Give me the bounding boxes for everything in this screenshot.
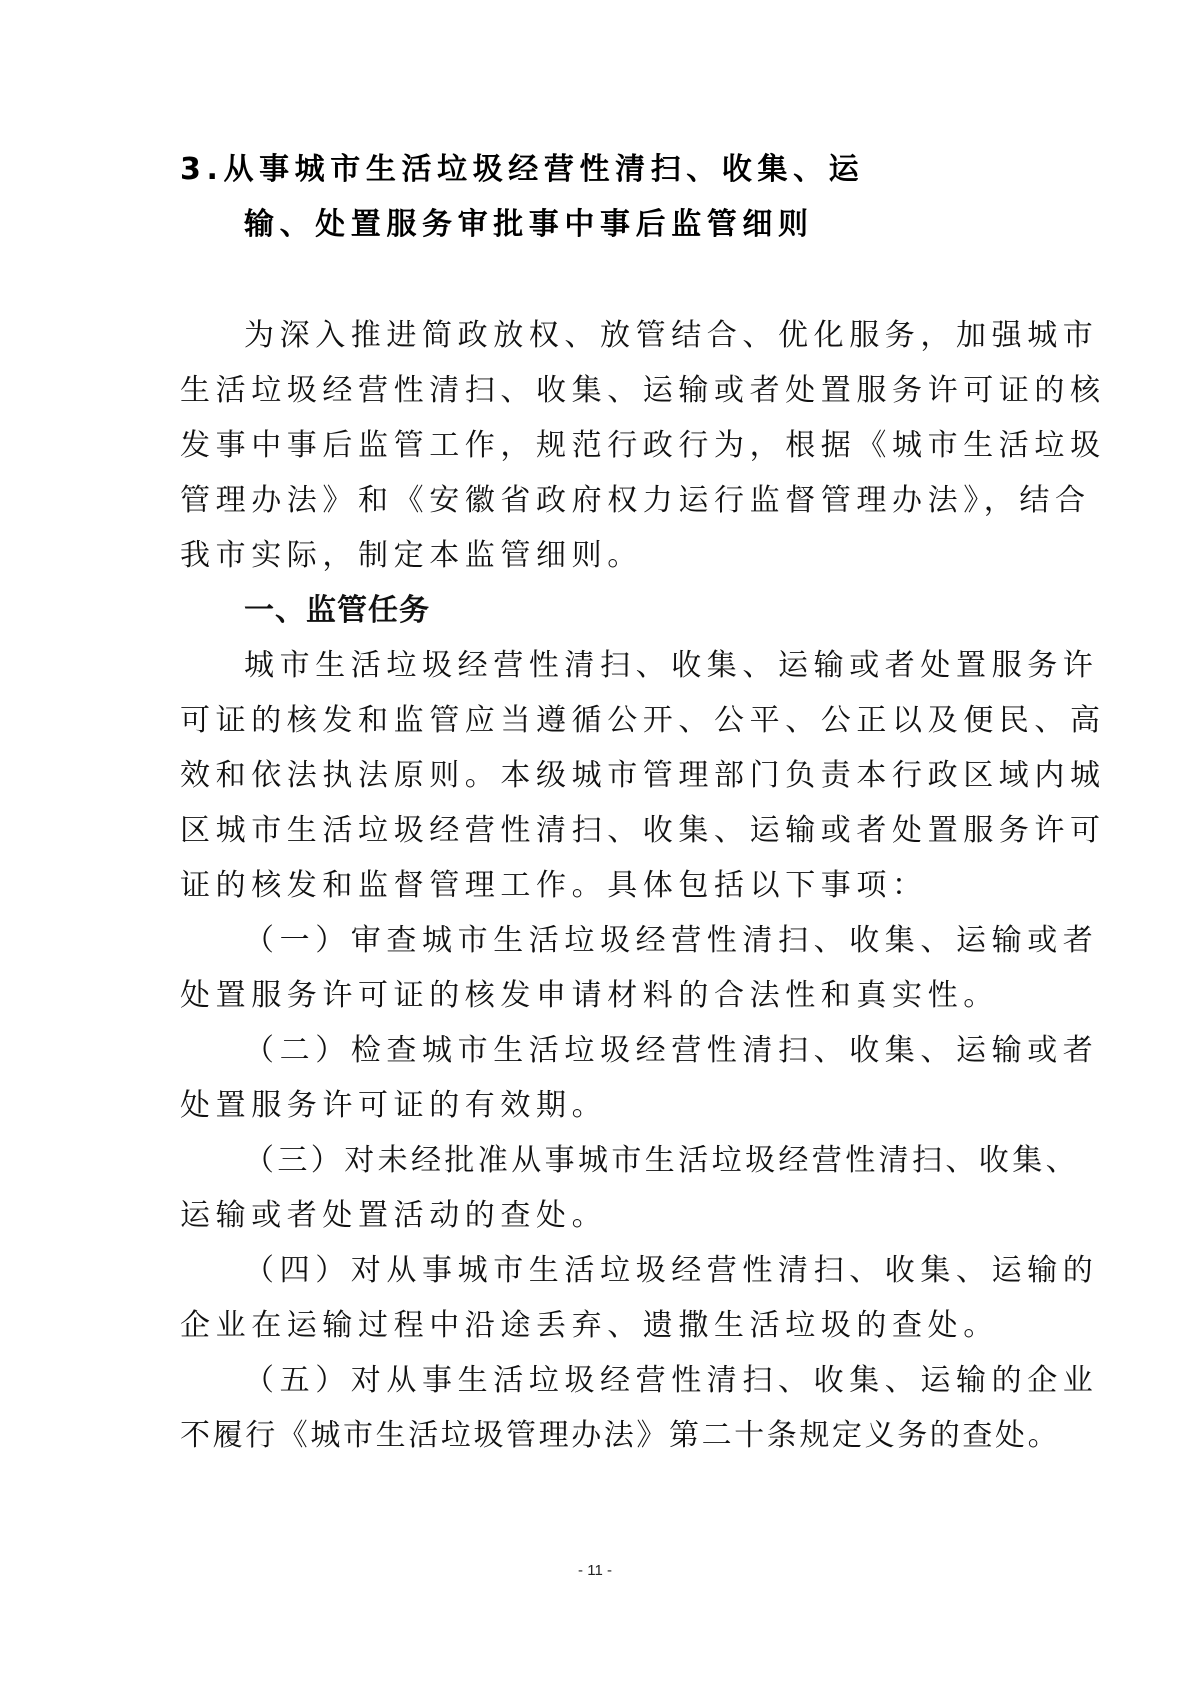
text-line: 我市实际，制定本监管细则。	[180, 528, 1020, 583]
item-line: 不履行《城市生活垃圾管理办法》第二十条规定义务的查处。	[180, 1408, 1020, 1463]
item-line: 运输或者处置活动的查处。	[180, 1188, 1020, 1243]
text-line: 可证的核发和监管应当遵循公开、公平、公正以及便民、高	[180, 693, 1020, 748]
list-item: （三）对未经批准从事城市生活垃圾经营性清扫、收集、 运输或者处置活动的查处。	[180, 1133, 1020, 1243]
item-line: （二）检查城市生活垃圾经营性清扫、收集、运输或者	[180, 1023, 1020, 1078]
item-line: 处置服务许可证的核发申请材料的合法性和真实性。	[180, 968, 1020, 1023]
list-item: （五）对从事生活垃圾经营性清扫、收集、运输的企业 不履行《城市生活垃圾管理办法》…	[180, 1353, 1020, 1463]
document-body: 为深入推进简政放权、放管结合、优化服务，加强城市 生活垃圾经营性清扫、收集、运输…	[180, 308, 1020, 1463]
list-item: （一）审查城市生活垃圾经营性清扫、收集、运输或者 处置服务许可证的核发申请材料的…	[180, 913, 1020, 1023]
document-title: 3.从事城市生活垃圾经营性清扫、收集、运 输、处置服务审批事中事后监管细则	[180, 142, 1020, 252]
item-line: 企业在运输过程中沿途丢弃、遗撒生活垃圾的查处。	[180, 1298, 1020, 1353]
text-line: 区城市生活垃圾经营性清扫、收集、运输或者处置服务许可	[180, 803, 1020, 858]
title-line-1: 3.从事城市生活垃圾经营性清扫、收集、运	[180, 142, 1020, 197]
text-line: 为深入推进简政放权、放管结合、优化服务，加强城市	[180, 308, 1020, 363]
document-page: 3.从事城市生活垃圾经营性清扫、收集、运 输、处置服务审批事中事后监管细则 为深…	[0, 0, 1190, 1683]
item-line: （五）对从事生活垃圾经营性清扫、收集、运输的企业	[180, 1353, 1020, 1408]
text-line: 管理办法》和《安徽省政府权力运行监督管理办法》，结合	[180, 473, 1020, 528]
list-item: （二）检查城市生活垃圾经营性清扫、收集、运输或者 处置服务许可证的有效期。	[180, 1023, 1020, 1133]
item-line: （三）对未经批准从事城市生活垃圾经营性清扫、收集、	[180, 1133, 1020, 1188]
intro-paragraph: 为深入推进简政放权、放管结合、优化服务，加强城市 生活垃圾经营性清扫、收集、运输…	[180, 308, 1020, 583]
item-line: （一）审查城市生活垃圾经营性清扫、收集、运输或者	[180, 913, 1020, 968]
title-line-2: 输、处置服务审批事中事后监管细则	[180, 197, 1020, 252]
item-line: （四）对从事城市生活垃圾经营性清扫、收集、运输的	[180, 1243, 1020, 1298]
text-line: 发事中事后监管工作，规范行政行为，根据《城市生活垃圾	[180, 418, 1020, 473]
text-line: 证的核发和监督管理工作。具体包括以下事项：	[180, 858, 1020, 913]
page-number: - 11 -	[0, 1562, 1190, 1579]
text-line: 效和依法执法原则。本级城市管理部门负责本行政区域内城	[180, 748, 1020, 803]
text-line: 生活垃圾经营性清扫、收集、运输或者处置服务许可证的核	[180, 363, 1020, 418]
section-heading: 一、监管任务	[180, 583, 1020, 638]
text-line: 城市生活垃圾经营性清扫、收集、运输或者处置服务许	[180, 638, 1020, 693]
item-line: 处置服务许可证的有效期。	[180, 1078, 1020, 1133]
list-item: （四）对从事城市生活垃圾经营性清扫、收集、运输的 企业在运输过程中沿途丢弃、遗撒…	[180, 1243, 1020, 1353]
section-paragraph: 城市生活垃圾经营性清扫、收集、运输或者处置服务许 可证的核发和监管应当遵循公开、…	[180, 638, 1020, 913]
